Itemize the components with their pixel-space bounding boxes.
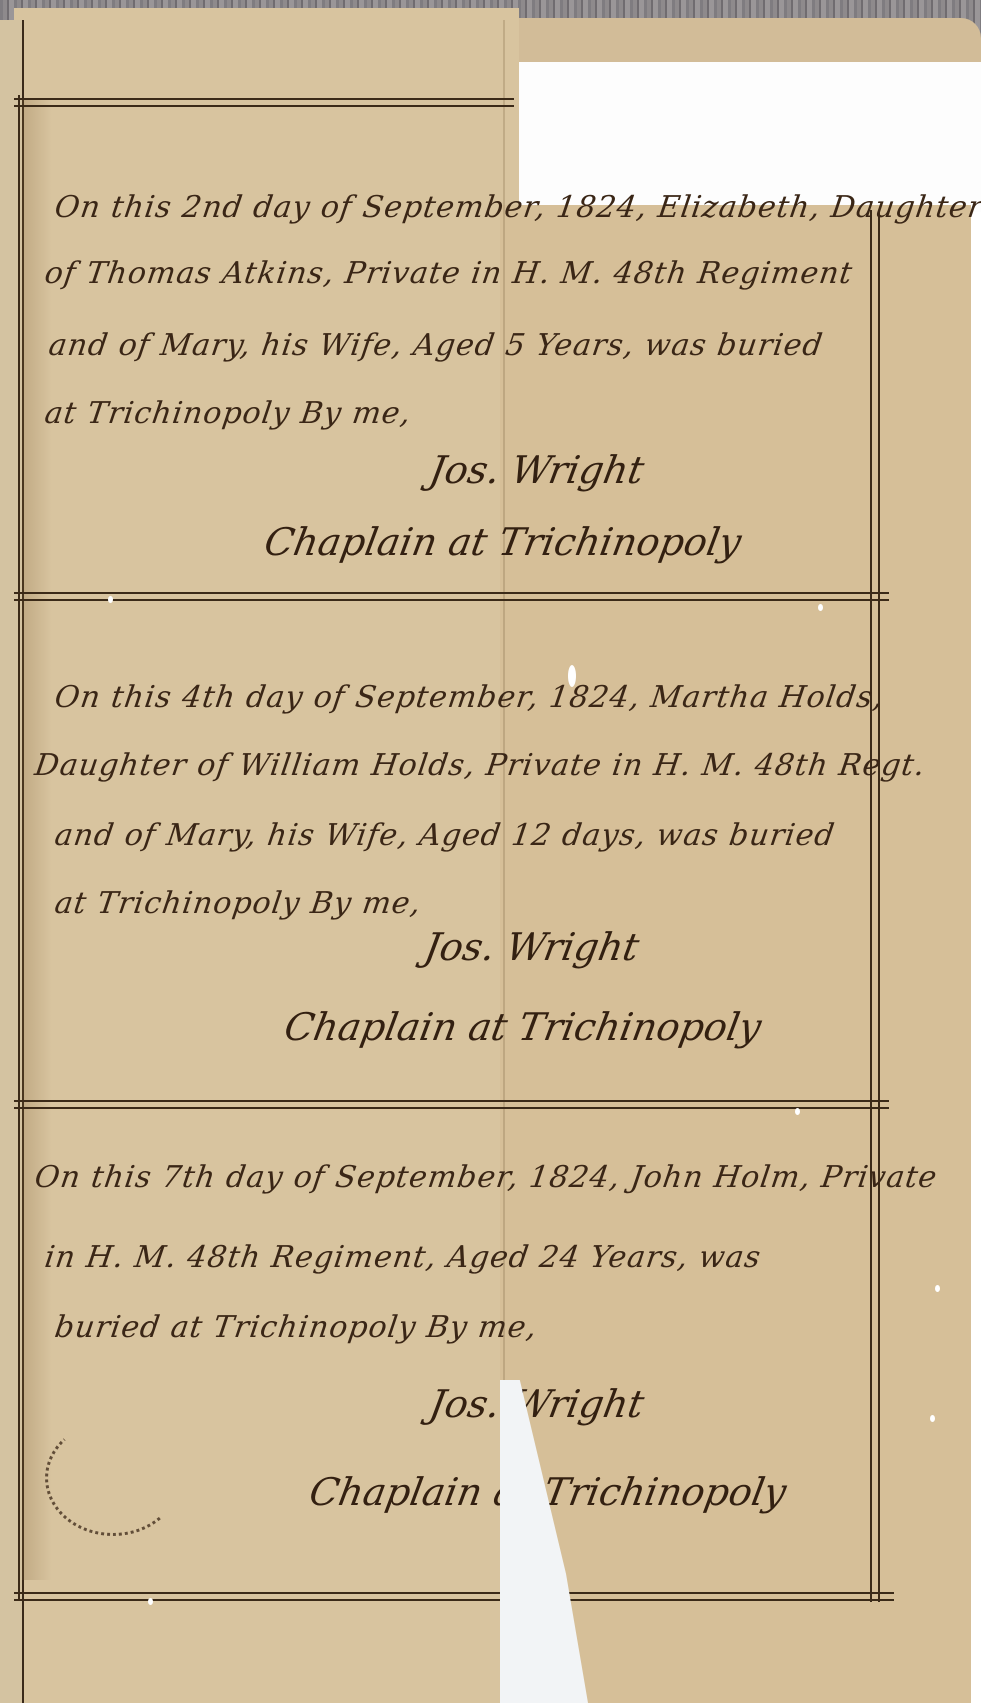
entry-line: at Trichinopoly By me, [53,886,424,921]
entry-line: at Trichinopoly By me, [43,396,414,431]
entry-line: and of Mary, his Wife, Aged 5 Years, was… [47,328,826,363]
signature-title: Chaplain at Trichinopoly [261,520,745,564]
ink-stamp-mark [45,1420,181,1536]
paper-hole [108,596,113,603]
page-edge [0,20,24,1703]
back-sheet [500,18,981,68]
divider-rule-2 [14,1100,889,1102]
entry-line: On this 7th day of September, 1824, John… [33,1160,940,1195]
signature: Jos. Wright [421,925,642,969]
signature: Jos. Wright [426,1382,647,1426]
paper-hole [935,1285,940,1292]
paper-hole [148,1598,153,1605]
paper-hole [930,1415,935,1422]
signature: Jos. Wright [426,448,647,492]
paper-hole [818,604,823,611]
entry-line: buried at Trichinopoly By me, [53,1310,540,1345]
entry-line: of Thomas Atkins, Private in H. M. 48th … [43,256,856,291]
divider-rule-1 [14,592,889,594]
entry-line: On this 4th day of September, 1824, Mart… [53,680,887,715]
bottom-rule [14,1592,894,1594]
paper-hole [568,665,576,687]
top-rule [14,98,514,100]
signature-title: Chaplain at Trichinopoly [281,1005,765,1049]
entry-line: On this 2nd day of September, 1824, Eliz… [53,190,981,225]
left-rule [18,95,20,1600]
paper-hole [795,1108,800,1115]
entry-line: and of Mary, his Wife, Aged 12 days, was… [53,818,838,853]
entry-line: Daughter of William Holds, Private in H.… [33,748,928,783]
entry-line: in H. M. 48th Regiment, Aged 24 Years, w… [43,1240,764,1275]
burial-entry-1: On this 2nd day of September, 1824, Eliz… [35,190,875,590]
burial-entry-2: On this 4th day of September, 1824, Mart… [35,680,875,1080]
